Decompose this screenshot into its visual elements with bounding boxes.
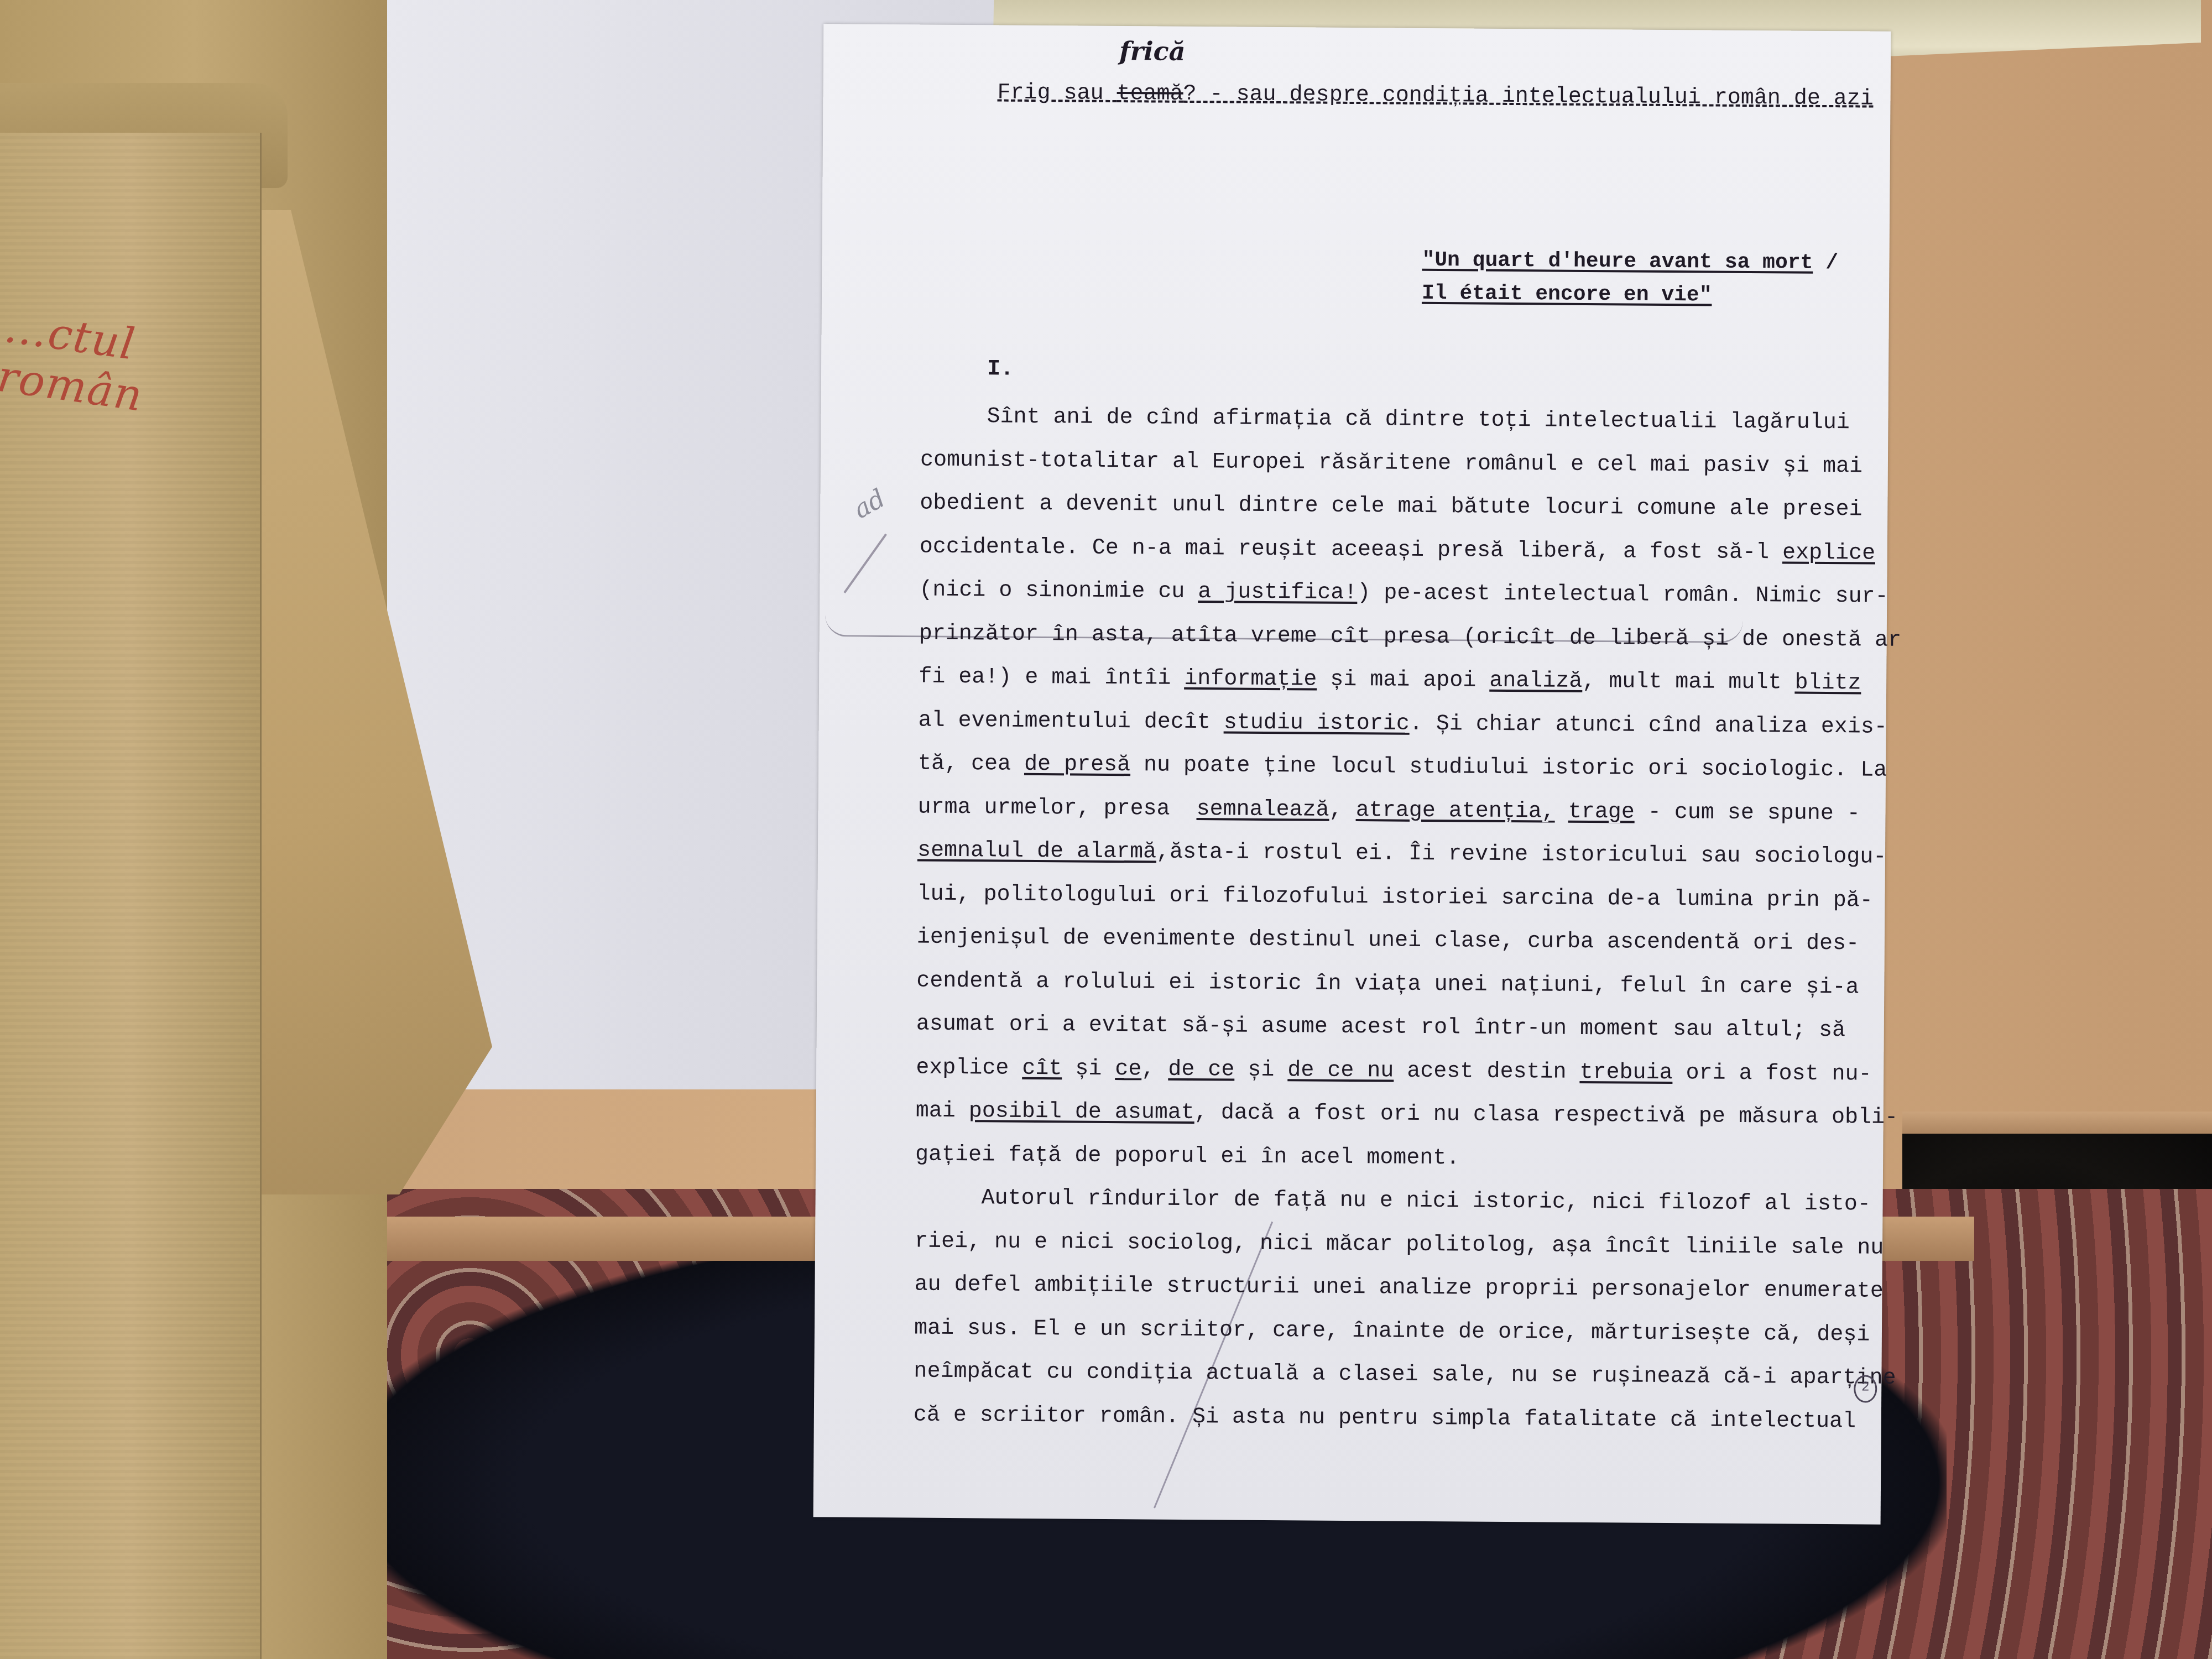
text-line: lui, politologului ori filozofului istor… bbox=[917, 873, 1885, 923]
text-line: occidentale. Ce n-a mai reușit aceeași p… bbox=[920, 525, 1888, 576]
margin-pencil-mark bbox=[843, 534, 887, 593]
underlined-phrase: posibil de asumat bbox=[969, 1099, 1194, 1125]
text-line: urma urmelor, presa semnalează, atrage a… bbox=[917, 786, 1886, 836]
text-line: comunist-totalitar al Europei răsăritene… bbox=[920, 439, 1888, 489]
text-segment: și mai apoi bbox=[1317, 667, 1489, 693]
text-segment: fi ea!) e mai întîi bbox=[919, 665, 1184, 691]
text-segment: cendentă a rolului ei istoric în viața u… bbox=[916, 968, 1859, 1000]
text-segment: lui, politologului ori filozofului istor… bbox=[917, 881, 1873, 913]
text-segment: . Și chiar atunci cînd analiza exis- bbox=[1410, 711, 1887, 739]
text-line: mai sus. El e un scriitor, care, înainte… bbox=[914, 1307, 1882, 1357]
text-segment: ori a fost nu- bbox=[1672, 1061, 1871, 1087]
underlined-phrase: de presă bbox=[1024, 752, 1130, 778]
text-segment: neîmpăcat cu condiția actuală a clasei s… bbox=[914, 1359, 1896, 1390]
text-segment: riei, nu e nici sociolog, nici măcar pol… bbox=[915, 1229, 1884, 1260]
page-title: Frig sau teamă? - sau despre condiția in… bbox=[997, 80, 1874, 111]
text-segment: - cum se spune - bbox=[1635, 800, 1860, 826]
underlined-phrase: studiu istoric bbox=[1224, 710, 1410, 736]
text-segment: occidentale. Ce n-a mai reușit aceeași p… bbox=[920, 534, 1783, 565]
text-segment: au defel ambițiile structurii unei anali… bbox=[914, 1272, 1884, 1303]
text-line: fi ea!) e mai întîi informație și mai ap… bbox=[919, 656, 1887, 706]
title-part-2: ? - sau despre condiția intelectualului … bbox=[1183, 82, 1873, 112]
page-number-mark: 2 bbox=[1854, 1375, 1877, 1402]
text-line: Autorul rîndurilor de față nu e nici ist… bbox=[915, 1177, 1883, 1227]
text-segment: obedient a devenit unul dintre cele mai … bbox=[920, 491, 1863, 523]
underlined-phrase: blitz bbox=[1794, 671, 1861, 696]
text-segment: mai sus. El e un scriitor, care, înainte… bbox=[914, 1316, 1870, 1347]
text-segment: , dacă a fost ori nu clasa respectivă pe… bbox=[1194, 1100, 1898, 1130]
underlined-phrase: de ce bbox=[1168, 1057, 1234, 1082]
text-line: tă, cea de presă nu poate ține locul stu… bbox=[918, 743, 1886, 793]
text-line: că e scriitor român. Și asta nu pentru s… bbox=[914, 1394, 1882, 1444]
underlined-phrase: atrage atenția, bbox=[1356, 798, 1555, 825]
text-segment: prinzător în asta, atîta vreme cît presa… bbox=[919, 621, 1902, 653]
body-text: Sînt ani de cînd afirmația că dintre toț… bbox=[914, 395, 1888, 1444]
text-line: al evenimentului decît studiu istoric. Ș… bbox=[918, 699, 1886, 749]
section-number: I. bbox=[987, 357, 1014, 382]
text-segment: și bbox=[1062, 1056, 1115, 1082]
underlined-phrase: cît bbox=[1022, 1056, 1062, 1081]
text-line: riei, nu e nici sociolog, nici măcar pol… bbox=[915, 1220, 1883, 1270]
text-segment: al evenimentului decît bbox=[919, 708, 1224, 735]
underlined-phrase: trage bbox=[1568, 799, 1635, 825]
epigraph-line-1: "Un quart d'heure avant sa mort bbox=[1422, 248, 1813, 275]
text-segment: (nici o sinonimie cu bbox=[919, 578, 1198, 605]
text-line: asumat ori a evitat să-și asume acest ro… bbox=[916, 1003, 1885, 1053]
text-segment bbox=[1555, 799, 1568, 824]
text-segment: tă, cea bbox=[918, 752, 1024, 777]
margin-annotation: ad bbox=[848, 483, 890, 524]
underlined-phrase: ce bbox=[1115, 1057, 1141, 1082]
typewritten-page: frică Frig sau teamă? - sau despre condi… bbox=[813, 24, 1891, 1524]
text-line: ienjenișul de evenimente destinul unei c… bbox=[917, 916, 1885, 967]
underlined-phrase: explice bbox=[1782, 540, 1875, 566]
text-line: au defel ambițiile structurii unei anali… bbox=[914, 1263, 1882, 1313]
text-line: Sînt ani de cînd afirmația că dintre toț… bbox=[920, 395, 1888, 446]
handwritten-correction: frică bbox=[1119, 36, 1186, 66]
text-segment: , mult mai mult bbox=[1582, 669, 1794, 696]
underlined-phrase: analiză bbox=[1489, 669, 1582, 694]
text-segment: ) pe-acest intelectual român. Nimic sur- bbox=[1357, 581, 1888, 609]
text-line: neîmpăcat cu condiția actuală a clasei s… bbox=[914, 1350, 1882, 1400]
text-line: gației față de poporul ei în acel moment… bbox=[915, 1133, 1884, 1183]
text-segment: ,ăsta-i rostul ei. Îi revine istoricului… bbox=[1156, 840, 1887, 870]
epigraph-line-2: Il était encore en vie" bbox=[1422, 281, 1712, 307]
text-line: obedient a devenit unul dintre cele mai … bbox=[920, 482, 1888, 533]
text-segment: gației față de poporul ei în acel moment… bbox=[915, 1142, 1459, 1171]
text-segment: acest destin bbox=[1394, 1058, 1579, 1084]
text-segment: Sînt ani de cînd afirmația că dintre toț… bbox=[987, 404, 1850, 435]
text-segment: Autorul rîndurilor de față nu e nici ist… bbox=[981, 1186, 1871, 1217]
epigraph-slash: / bbox=[1813, 251, 1838, 275]
epigraph: "Un quart d'heure avant sa mort / Il éta… bbox=[1422, 244, 1838, 313]
text-segment: explice bbox=[916, 1055, 1022, 1081]
underlined-phrase: semnalul de alarmă bbox=[917, 838, 1156, 865]
struck-word: teamă bbox=[1117, 81, 1183, 107]
text-line: explice cît și ce, de ce și de ce nu ace… bbox=[916, 1046, 1884, 1097]
text-segment: ienjenișul de evenimente destinul unei c… bbox=[917, 925, 1860, 957]
text-segment: urma urmelor, presa bbox=[917, 795, 1196, 822]
text-line: cendentă a rolului ei istoric în viața u… bbox=[916, 959, 1885, 1010]
underlined-phrase: trebuia bbox=[1579, 1060, 1672, 1085]
text-line: mai posibil de asumat, dacă a fost ori n… bbox=[915, 1090, 1884, 1140]
text-line: semnalul de alarmă,ăsta-i rostul ei. Îi … bbox=[917, 830, 1886, 880]
text-segment: , bbox=[1329, 797, 1356, 822]
text-segment: nu poate ține locul studiului istoric or… bbox=[1130, 753, 1887, 783]
text-segment: asumat ori a evitat să-și asume acest ro… bbox=[916, 1012, 1846, 1044]
text-line: (nici o sinonimie cu a justifica!) pe-ac… bbox=[919, 569, 1887, 619]
text-line: prinzător în asta, atîta vreme cît presa… bbox=[919, 612, 1887, 662]
underlined-phrase: a justifica! bbox=[1198, 580, 1357, 606]
underlined-phrase: de ce nu bbox=[1287, 1058, 1394, 1083]
text-segment: și bbox=[1234, 1057, 1287, 1083]
title-part-1: Frig sau bbox=[997, 80, 1117, 106]
underlined-phrase: informație bbox=[1184, 666, 1317, 692]
text-segment: mai bbox=[916, 1099, 969, 1124]
underlined-phrase: semnalează bbox=[1196, 797, 1329, 823]
text-segment: , bbox=[1141, 1057, 1168, 1082]
text-segment: că e scriitor român. Și asta nu pentru s… bbox=[914, 1402, 1856, 1434]
text-segment: comunist-totalitar al Europei răsăritene… bbox=[920, 447, 1863, 479]
